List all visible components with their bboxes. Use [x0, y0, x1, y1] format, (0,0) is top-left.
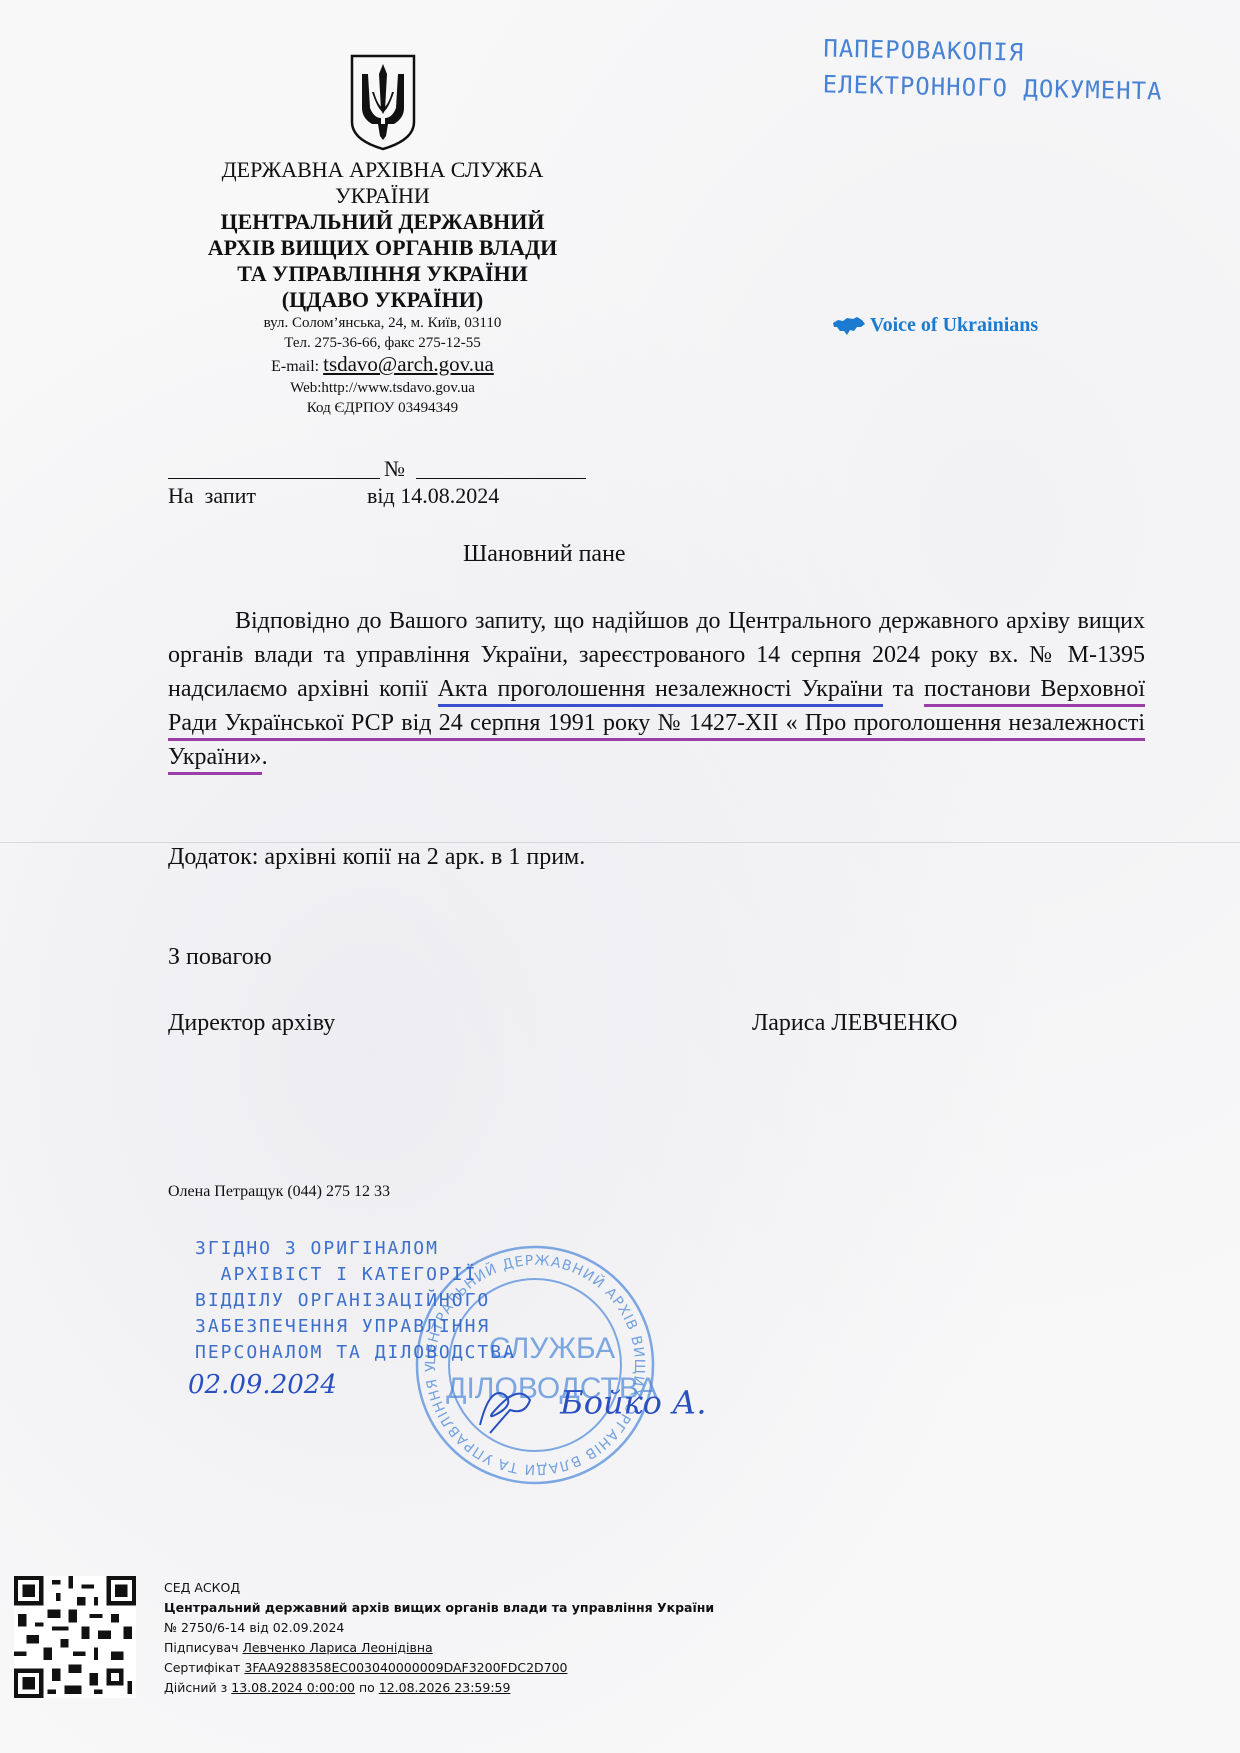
outgoing-number-line — [168, 478, 380, 479]
agency-name-line1: ДЕРЖАВНА АРХІВНА СЛУЖБА — [160, 157, 605, 183]
number-sign: № — [384, 456, 405, 482]
handwritten-signature: Бойко А. — [470, 1375, 707, 1435]
signature-text: Бойко А. — [560, 1384, 706, 1422]
closing: З повагою — [168, 940, 272, 974]
certification-date: 02.09.2024 — [188, 1370, 337, 1400]
attachment-note: Додаток: архівні копії на 2 арк. в 1 при… — [168, 840, 585, 874]
stamp-line-4: ЗАБЕЗПЕЧЕННЯ УПРАВЛІННЯ — [195, 1314, 516, 1340]
esig-organization: Центральний державний архів вищих органі… — [164, 1598, 714, 1618]
esig-signer-line: Підписувач Левченко Лариса Леонідівна — [164, 1638, 714, 1658]
esig-system: СЕД АСКОД — [164, 1578, 714, 1598]
electronic-signature-block: СЕД АСКОД Центральний державний архів ви… — [164, 1578, 714, 1698]
email-line: E-mail: tsdavo@arch.gov.ua — [160, 353, 605, 378]
esig-valid-to: 12.08.2026 23:59:59 — [379, 1680, 511, 1695]
esig-validity-line: Дійсний з 13.08.2024 0:00:00 по 12.08.20… — [164, 1678, 714, 1698]
request-label: На запит — [168, 483, 256, 509]
esig-cert-label: Сертифікат — [164, 1660, 244, 1675]
trident-emblem-icon — [348, 52, 418, 152]
signer-title: Директор архіву — [168, 1006, 335, 1040]
edrpou-code: Код ЄДРПОУ 03494349 — [160, 398, 605, 418]
esig-signer: Левченко Лариса Леонідівна — [242, 1640, 432, 1655]
esig-doc-number: № 2750/6-14 від 02.09.2024 — [164, 1618, 714, 1638]
stamp-line-2: АРХІВІСТ І КАТЕГОРІЇ — [195, 1262, 516, 1288]
address: вул. Солом’янська, 24, м. Київ, 03110 — [160, 313, 605, 333]
email-link[interactable]: tsdavo@arch.gov.ua — [323, 352, 494, 376]
esig-valid-label: Дійсний з — [164, 1680, 231, 1695]
ukraine-map-icon — [832, 316, 866, 336]
esig-cert-line: Сертифікат 3FAA9288358EC003040000009DAF3… — [164, 1658, 714, 1678]
para-end: . — [262, 744, 268, 770]
executor-contact: Олена Петращук (044) 275 12 33 — [168, 1183, 390, 1201]
esig-valid-from: 13.08.2024 0:00:00 — [231, 1680, 355, 1695]
voice-of-ukrainians-watermark: Voice of Ukrainians — [832, 314, 1038, 337]
esig-signer-label: Підписувач — [164, 1640, 242, 1655]
request-date: від 14.08.2024 — [367, 483, 499, 509]
certified-copy-stamp: ЗГІДНО З ОРИГІНАЛОМ АРХІВІСТ І КАТЕГОРІЇ… — [195, 1236, 516, 1366]
watermark-text: Voice of Ukrainians — [870, 314, 1038, 337]
esig-valid-mid: по — [355, 1680, 379, 1695]
agency-name-line2: УКРАЇНИ — [160, 183, 605, 209]
paper-copy-line2: ЕЛЕКТРОННОГО ДОКУМЕНТА — [822, 66, 1163, 109]
org-name-line3: ТА УПРАВЛІННЯ УКРАЇНИ — [160, 261, 605, 287]
qr-code-icon — [14, 1576, 136, 1698]
paper-copy-stamp: ПАПЕРОВАКОПІЯ ЕЛЕКТРОННОГО ДОКУМЕНТА — [822, 30, 1163, 109]
website: Web:http://www.tsdavo.gov.ua — [160, 378, 605, 398]
org-name-line4: (ЦДАВО УКРАЇНИ) — [160, 287, 605, 313]
signer-name: Лариса ЛЕВЧЕНКО — [752, 1006, 957, 1040]
stamp-line-1: ЗГІДНО З ОРИГІНАЛОМ — [195, 1236, 516, 1262]
letter-body-paragraph: Відповідно до Вашого запиту, що надійшов… — [168, 604, 1145, 774]
highlight-independence-act: Акта проголошення незалежності України — [438, 676, 883, 707]
org-name-line2: АРХІВ ВИЩИХ ОРГАНІВ ВЛАДИ — [160, 235, 605, 261]
signature-scribble-icon — [470, 1375, 550, 1435]
org-name-line1: ЦЕНТРАЛЬНИЙ ДЕРЖАВНИЙ — [160, 209, 605, 235]
email-label: E-mail: — [271, 358, 323, 375]
salutation: Шановний пане — [463, 537, 626, 571]
esig-cert: 3FAA9288358EC003040000009DAF3200FDC2D700 — [244, 1660, 567, 1675]
stamp-line-5: ПЕРСОНАЛОМ ТА ДІЛОВОДСТВА — [195, 1340, 516, 1366]
phone-fax: Тел. 275-36-66, факс 275-12-55 — [160, 333, 605, 353]
para-text-2: та — [883, 676, 924, 702]
stamp-line-3: ВІДДІЛУ ОРГАНІЗАЦІЙНОГО — [195, 1288, 516, 1314]
outgoing-date-line — [416, 478, 586, 479]
agency-header: ДЕРЖАВНА АРХІВНА СЛУЖБА УКРАЇНИ ЦЕНТРАЛЬ… — [160, 157, 605, 418]
